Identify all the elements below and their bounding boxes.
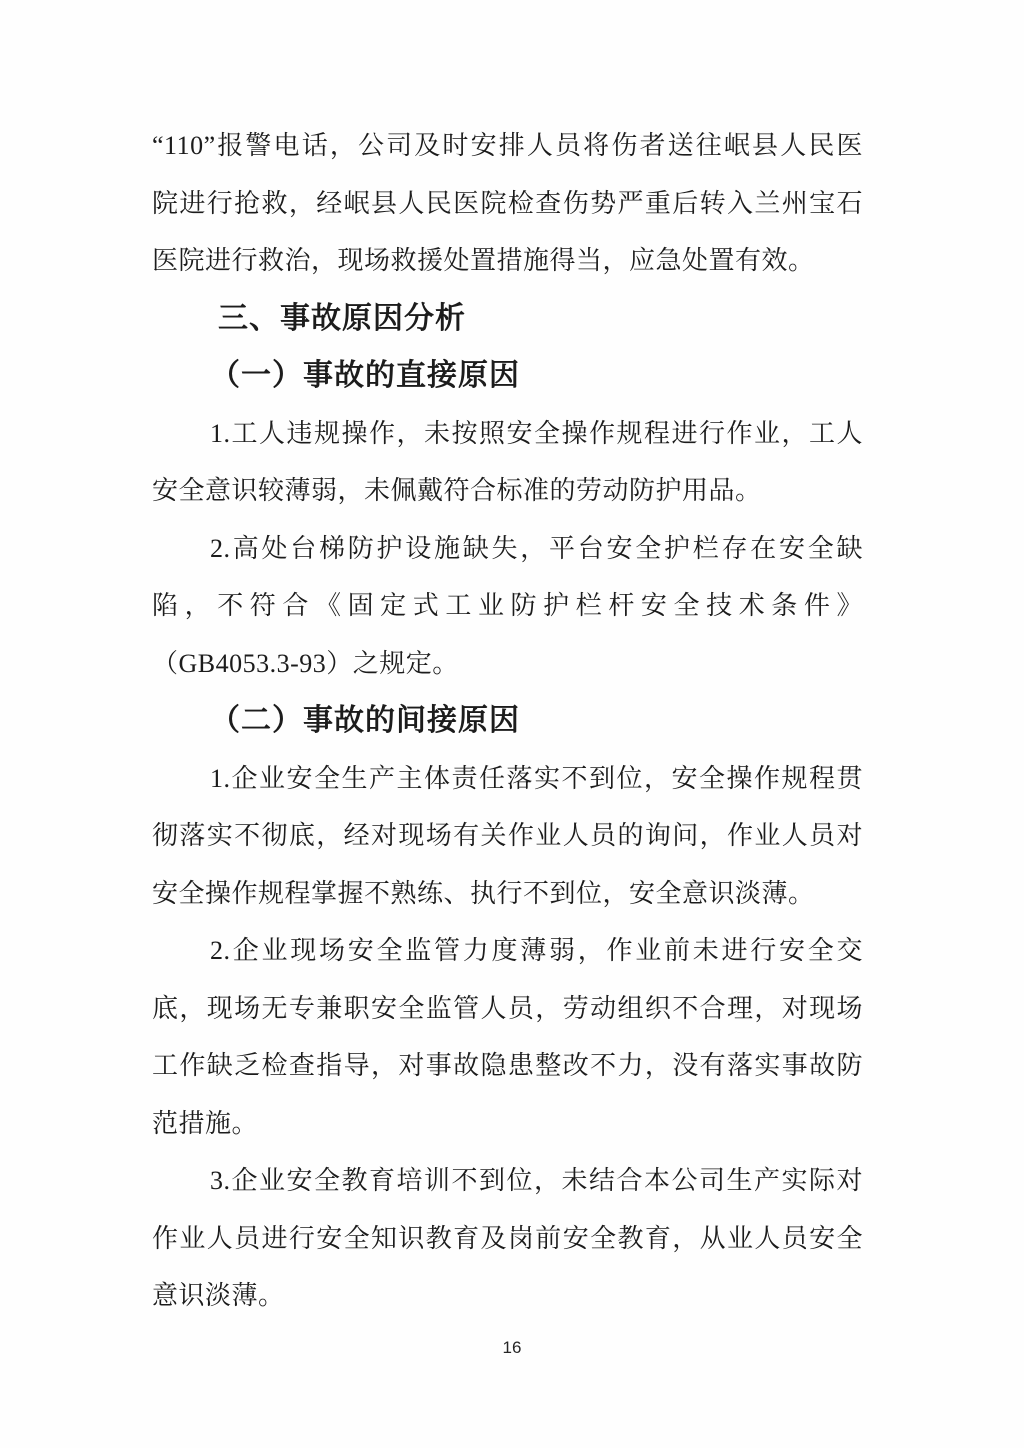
- rescue-response-paragraph-line: “110”报警电话，公司及时安排人员将伤者送往岷县人民医: [152, 117, 863, 175]
- direct-cause-item-1-paragraph-line: 1.工人违规操作，未按照安全操作规程进行作业，工人: [152, 405, 863, 463]
- direct-cause-item-2-paragraph-line: 2.高处台梯防护设施缺失，平台安全护栏存在安全缺: [152, 520, 863, 578]
- direct-cause-item-2-paragraph-line: （GB4053.3-93）之规定。: [152, 635, 863, 693]
- indirect-cause-item-3-paragraph-line: 意识淡薄。: [152, 1267, 863, 1325]
- rescue-response-paragraph-line: 医院进行救治，现场救援处置措施得当，应急处置有效。: [152, 232, 863, 290]
- section-heading-cause-analysis: 三、事故原因分析: [152, 290, 863, 348]
- indirect-cause-item-3-paragraph-line: 作业人员进行安全知识教育及岗前安全教育，从业人员安全: [152, 1210, 863, 1268]
- page-number: 16: [0, 1338, 1024, 1358]
- direct-cause-item-1-paragraph-line: 安全意识较薄弱，未佩戴符合标准的劳动防护用品。: [152, 462, 863, 520]
- indirect-cause-item-2-paragraph-line: 底，现场无专兼职安全监管人员，劳动组织不合理，对现场: [152, 980, 863, 1038]
- indirect-cause-item-1-paragraph-line: 彻落实不彻底，经对现场有关作业人员的询问，作业人员对: [152, 807, 863, 865]
- indirect-cause-item-1-paragraph-line: 1.企业安全生产主体责任落实不到位，安全操作规程贯: [152, 750, 863, 808]
- document-body: “110”报警电话，公司及时安排人员将伤者送往岷县人民医院进行抢救，经岷县人民医…: [152, 117, 863, 1325]
- document-page: “110”报警电话，公司及时安排人员将伤者送往岷县人民医院进行抢救，经岷县人民医…: [0, 0, 1024, 1448]
- indirect-cause-item-2-paragraph-line: 工作缺乏检查指导，对事故隐患整改不力，没有落实事故防: [152, 1037, 863, 1095]
- rescue-response-paragraph-line: 院进行抢救，经岷县人民医院检查伤势严重后转入兰州宝石花: [152, 175, 863, 233]
- indirect-cause-item-1-paragraph-line: 安全操作规程掌握不熟练、执行不到位，安全意识淡薄。: [152, 865, 863, 923]
- indirect-cause-item-2-paragraph-line: 范措施。: [152, 1095, 863, 1153]
- subsection-heading-direct-cause: （一）事故的直接原因: [152, 347, 863, 405]
- subsection-heading-indirect-cause: （二）事故的间接原因: [152, 692, 863, 750]
- direct-cause-item-2-paragraph-line: 陷，不符合《固定式工业防护栏杆安全技术条件》: [152, 577, 863, 635]
- indirect-cause-item-2-paragraph-line: 2.企业现场安全监管力度薄弱，作业前未进行安全交: [152, 922, 863, 980]
- indirect-cause-item-3-paragraph-line: 3.企业安全教育培训不到位，未结合本公司生产实际对: [152, 1152, 863, 1210]
